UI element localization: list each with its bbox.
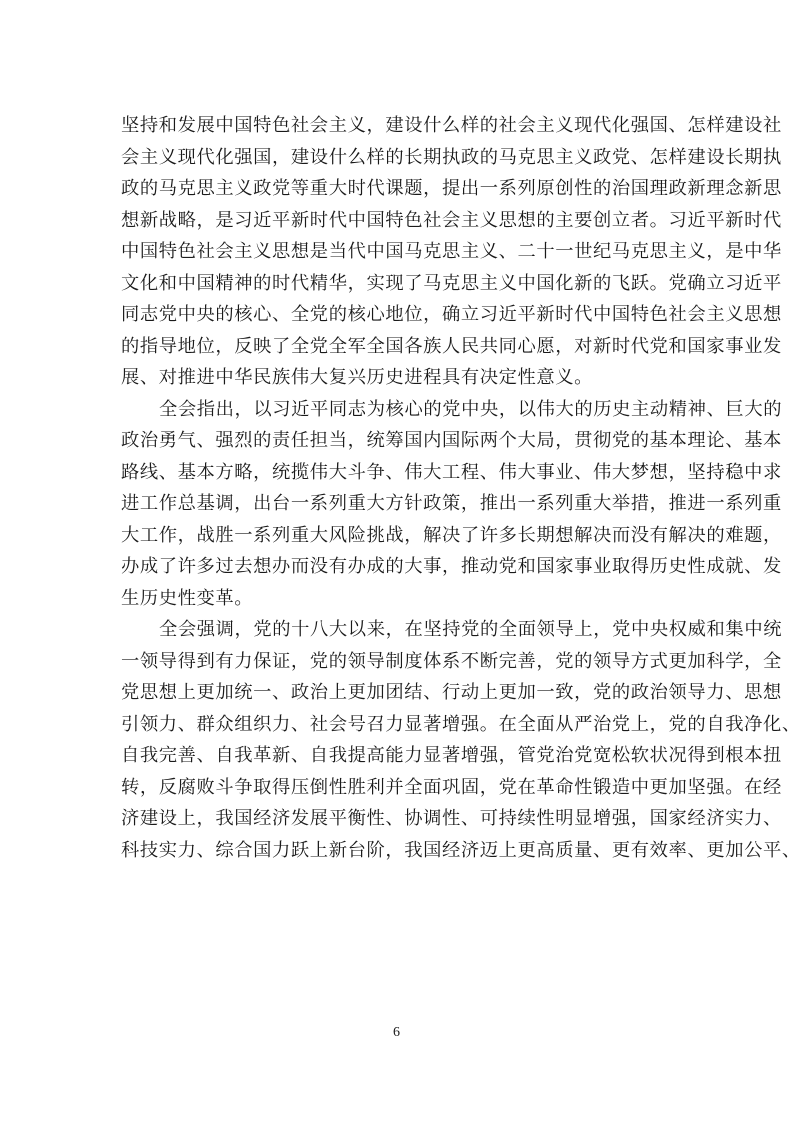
- text-line: 引领力、群众组织力、社会号召力显著增强。在全面从严治党上，党的自我净化、: [121, 709, 673, 741]
- text-line: 自我完善、自我革新、自我提高能力显著增强，管党治党宽松软状况得到根本扭: [121, 740, 673, 772]
- text-line: 坚持和发展中国特色社会主义，建设什么样的社会主义现代化强国、怎样建设社: [121, 110, 673, 142]
- text-line: 展、对推进中华民族伟大复兴历史进程具有决定性意义。: [121, 362, 673, 394]
- text-line: 想新战略，是习近平新时代中国特色社会主义思想的主要创立者。习近平新时代: [121, 205, 673, 237]
- paragraph-2: 全会指出，以习近平同志为核心的党中央，以伟大的历史主动精神、巨大的 政治勇气、强…: [121, 394, 673, 615]
- text-line: 大工作，战胜一系列重大风险挑战，解决了许多长期想解决而没有解决的难题，: [121, 520, 673, 552]
- text-line: 转，反腐败斗争取得压倒性胜利并全面巩固，党在革命性锻造中更加坚强。在经: [121, 772, 673, 804]
- text-line: 一领导得到有力保证，党的领导制度体系不断完善，党的领导方式更加科学，全: [121, 646, 673, 678]
- text-line: 进工作总基调，出台一系列重大方针政策，推出一系列重大举措，推进一系列重: [121, 488, 673, 520]
- page-number: 6: [0, 1025, 793, 1041]
- text-line: 路线、基本方略，统揽伟大斗争、伟大工程、伟大事业、伟大梦想，坚持稳中求: [121, 457, 673, 489]
- text-line: 办成了许多过去想办而没有办成的大事，推动党和国家事业取得历史性成就、发: [121, 551, 673, 583]
- text-line: 政治勇气、强烈的责任担当，统筹国内国际两个大局，贯彻党的基本理论、基本: [121, 425, 673, 457]
- text-line: 中国特色社会主义思想是当代中国马克思主义、二十一世纪马克思主义，是中华: [121, 236, 673, 268]
- text-line: 全会强调，党的十八大以来，在坚持党的全面领导上，党中央权威和集中统: [121, 614, 673, 646]
- text-line: 党思想上更加统一、政治上更加团结、行动上更加一致，党的政治领导力、思想: [121, 677, 673, 709]
- text-line: 政的马克思主义政党等重大时代课题，提出一系列原创性的治国理政新理念新思: [121, 173, 673, 205]
- text-line: 生历史性变革。: [121, 583, 673, 615]
- text-line: 全会指出，以习近平同志为核心的党中央，以伟大的历史主动精神、巨大的: [121, 394, 673, 426]
- text-line: 同志党中央的核心、全党的核心地位，确立习近平新时代中国特色社会主义思想: [121, 299, 673, 331]
- text-line: 文化和中国精神的时代精华，实现了马克思主义中国化新的飞跃。党确立习近平: [121, 268, 673, 300]
- document-body: 坚持和发展中国特色社会主义，建设什么样的社会主义现代化强国、怎样建设社 会主义现…: [121, 110, 673, 866]
- text-line: 济建设上，我国经济发展平衡性、协调性、可持续性明显增强，国家经济实力、: [121, 803, 673, 835]
- text-line: 的指导地位，反映了全党全军全国各族人民共同心愿，对新时代党和国家事业发: [121, 331, 673, 363]
- text-line: 会主义现代化强国，建设什么样的长期执政的马克思主义政党、怎样建设长期执: [121, 142, 673, 174]
- text-line: 科技实力、综合国力跃上新台阶，我国经济迈上更高质量、更有效率、更加公平、: [121, 835, 673, 867]
- paragraph-3: 全会强调，党的十八大以来，在坚持党的全面领导上，党中央权威和集中统 一领导得到有…: [121, 614, 673, 866]
- paragraph-1: 坚持和发展中国特色社会主义，建设什么样的社会主义现代化强国、怎样建设社 会主义现…: [121, 110, 673, 394]
